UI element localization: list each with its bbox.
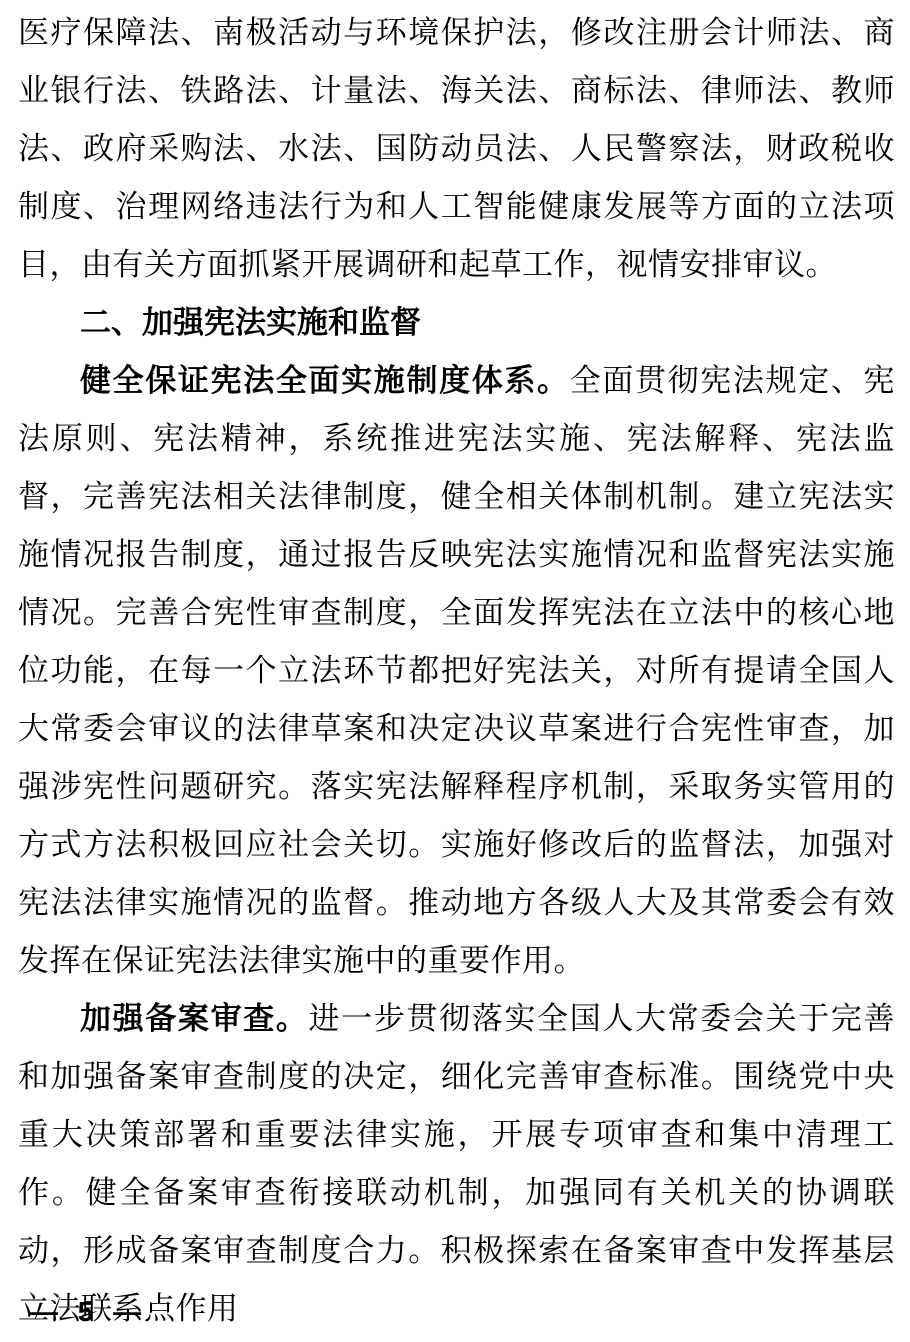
section-heading: 二、加强宪法实施和监督	[18, 294, 895, 352]
paragraph-lead: 健全保证宪法全面实施制度体系。	[80, 363, 570, 398]
paragraph-lead: 加强备案审查。	[80, 1001, 309, 1036]
document-page: 医疗保障法、南极活动与环境保护法，修改注册会计师法、商业银行法、铁路法、计量法、…	[0, 0, 910, 1342]
paragraph-record-review: 加强备案审查。进一步贯彻落实全国人大常委会关于完善和加强备案审查制度的决定，细化…	[18, 990, 895, 1338]
paragraph-body: 进一步贯彻落实全国人大常委会关于完善和加强备案审查制度的决定，细化完善审查标准。…	[18, 1001, 895, 1326]
paragraph-constitution-implementation: 健全保证宪法全面实施制度体系。全面贯彻宪法规定、宪法原则、宪法精神，系统推进宪法…	[18, 352, 895, 990]
paragraph-continuation: 医疗保障法、南极活动与环境保护法，修改注册会计师法、商业银行法、铁路法、计量法、…	[18, 4, 895, 294]
page-number: — 5 —	[30, 1296, 141, 1328]
document-content: 医疗保障法、南极活动与环境保护法，修改注册会计师法、商业银行法、铁路法、计量法、…	[18, 4, 895, 1338]
paragraph-body: 全面贯彻宪法规定、宪法原则、宪法精神，系统推进宪法实施、宪法解释、宪法监督，完善…	[18, 363, 895, 978]
